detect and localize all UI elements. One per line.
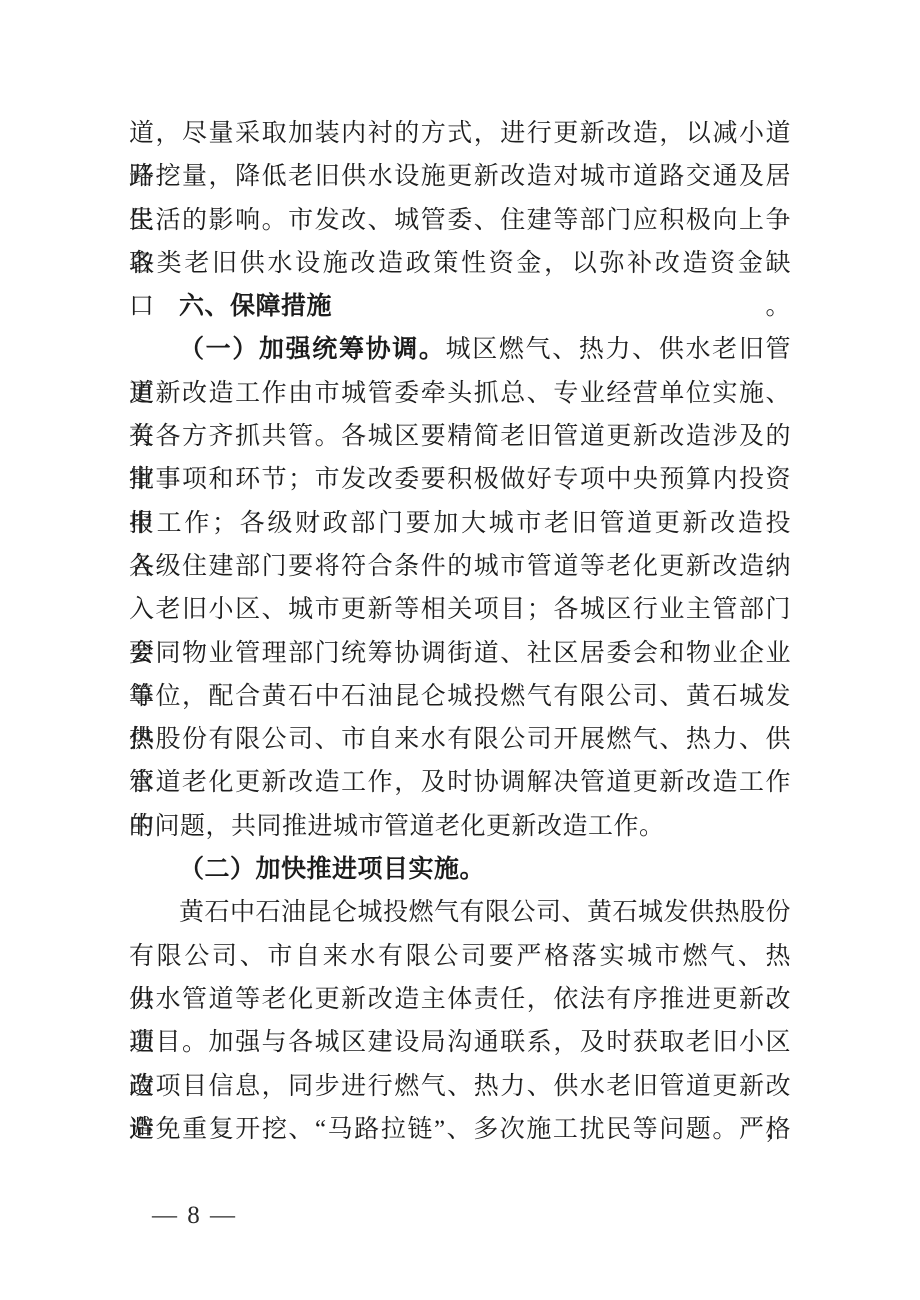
page-number: — 8 —	[152, 1202, 237, 1230]
document-body: 道，尽量采取加装内衬的方式，进行更新改造，以减小道路开挖量，降低老旧供水设施更新…	[129, 112, 791, 1151]
paragraph-first-line: 黄石中石油昆仑城投燃气有限公司、黄石城发供热股份	[129, 891, 791, 934]
body-line: 供水管道等老化更新改造主体责任，依法有序推进更新改造	[129, 978, 791, 1021]
body-line: 管道老化更新改造工作，及时协调解决管道更新改造工作中	[129, 761, 791, 804]
body-line: 开挖量，降低老旧供水设施更新改造对城市道路交通及居民	[129, 155, 791, 198]
body-line: 有限公司、市自来水有限公司要严格落实城市燃气、热力、	[129, 935, 791, 978]
document-page: 道，尽量采取加装内衬的方式，进行更新改造，以减小道路开挖量，降低老旧供水设施更新…	[0, 0, 920, 1300]
body-line: 项目。加强与各城区建设局沟通联系，及时获取老旧小区改	[129, 1021, 791, 1064]
clause-heading: （二）加快推进项目实施。	[129, 848, 791, 891]
body-line: 更新改造工作由市城管委牵头抓总、专业经营单位实施、有	[129, 372, 791, 415]
body-line: 报工作；各级财政部门要加大城市老旧管道更新改造投入；	[129, 502, 791, 545]
body-line: 的问题，共同推进城市管道老化更新改造工作。	[129, 805, 791, 848]
body-line: 生活的影响。市发改、城管委、住建等部门应积极向上争取	[129, 199, 791, 242]
body-line: 各类老旧供水设施改造政策性资金，以弥补改造资金缺口。	[129, 242, 791, 285]
body-line: 关各方齐抓共管。各城区要精简老旧管道更新改造涉及的审	[129, 415, 791, 458]
paragraph-first-line: （一）加强统筹协调。城区燃气、热力、供水老旧管道	[129, 328, 791, 371]
body-line: 批事项和环节；市发改委要积极做好专项中央预算内投资申	[129, 458, 791, 501]
body-line: 单位，配合黄石中石油昆仑城投燃气有限公司、黄石城发供	[129, 675, 791, 718]
body-line: 入老旧小区、城市更新等相关项目；各城区行业主管部门要	[129, 588, 791, 631]
body-line: 避免重复开挖、“马路拉链”、多次施工扰民等问题。严格	[129, 1108, 791, 1151]
body-line: 各级住建部门要将符合条件的城市管道等老化更新改造纳	[129, 545, 791, 588]
body-line: 造项目信息，同步进行燃气、热力、供水老旧管道更新改造，	[129, 1065, 791, 1108]
body-line: 会同物业管理部门统筹协调街道、社区居委会和物业企业等	[129, 632, 791, 675]
clause-heading-lead: （一）加强统筹协调。	[179, 336, 446, 363]
body-line: 道，尽量采取加装内衬的方式，进行更新改造，以减小道路	[129, 112, 791, 155]
body-line: 热股份有限公司、市自来水有限公司开展燃气、热力、供水	[129, 718, 791, 761]
